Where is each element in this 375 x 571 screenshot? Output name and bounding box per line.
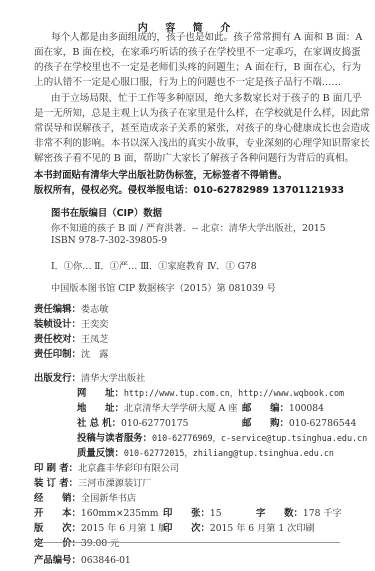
summary-line: 非常不利的影响。本书以深入浅出的真实小故事，专业深刻的心理学知识帮家长 [34,136,370,151]
summary-line: 解密孩子看不见的 B 面，帮助广大家长了解孩子各种问题行为背后的真相。 [34,151,354,166]
impression-label: 印 次： [163,523,210,534]
product-code-row: 产品编号：063846-01 [34,548,131,567]
summary-line: 由于立场局限、忙于工作等多种原因，绝大多数家长对于孩子的 B 面几乎 [51,91,362,106]
cip-heading: 图书在版编目（CIP）数据 [51,205,162,219]
divider-line [34,542,340,543]
impression-row: 印 次：2015 年 6 月第 1 次印刷 [163,516,315,535]
impression-value: 2015 年 6 月第 1 次印刷 [210,523,315,534]
cip-isbn: ISBN 978-7-302-39805-9 [51,235,167,246]
summary-line: 常误导和误解孩子，甚至造成亲子关系的紧张，对孩子的身心健康成长也会造成 [34,121,370,136]
summary-line: 上的认错不一定是心服口服，行为上的问题也不一定是孩子品行不端…… [34,75,341,90]
summary-line: 是一无所知，总是主观上认为孩子在家里是什么样，在学校就是什么样，因此常 [34,106,370,121]
product-code-value: 063846-01 [81,555,131,566]
editor-value: 沈 露 [81,349,109,360]
cip-classification: Ⅰ．①你… Ⅱ．①严… Ⅲ．①家庭教育 Ⅳ．① G78 [51,258,257,272]
summary-line: 面在家，B 面在校，在家乖巧听话的孩子在学校里不一定乖巧，在家调皮捣蛋 [34,45,361,60]
cip-title-line: 你不知道的孩子 B 面 / 严育洪著．-- 北京：清华大学出版社，2015 [51,220,326,234]
anti-counterfeit-notice: 本书封面贴有清华大学出版社防伪标签，无标签者不得销售。 [34,167,287,181]
editor-label: 责任印制： [34,349,81,360]
copyright-notice: 版权所有，侵权必究。侵权举报电话：010-62782989 1370112193… [34,182,344,196]
editor-row: 责任印制：沈 露 [34,342,108,361]
publisher-label: 出版发行： [34,373,81,384]
summary-line: 的孩子在学校里也不一定是老师们头疼的问题生；A 面在行，B 面在心，行为 [34,60,361,75]
cip-record: 中国版本图书馆 CIP 数据核字（2015）第 081039 号 [51,280,276,294]
summary-line: 每个人都是由多面组成的，孩子也是如此。孩子常常拥有 A 面和 B 面：A [51,30,362,45]
product-code-label: 产品编号： [34,555,81,566]
